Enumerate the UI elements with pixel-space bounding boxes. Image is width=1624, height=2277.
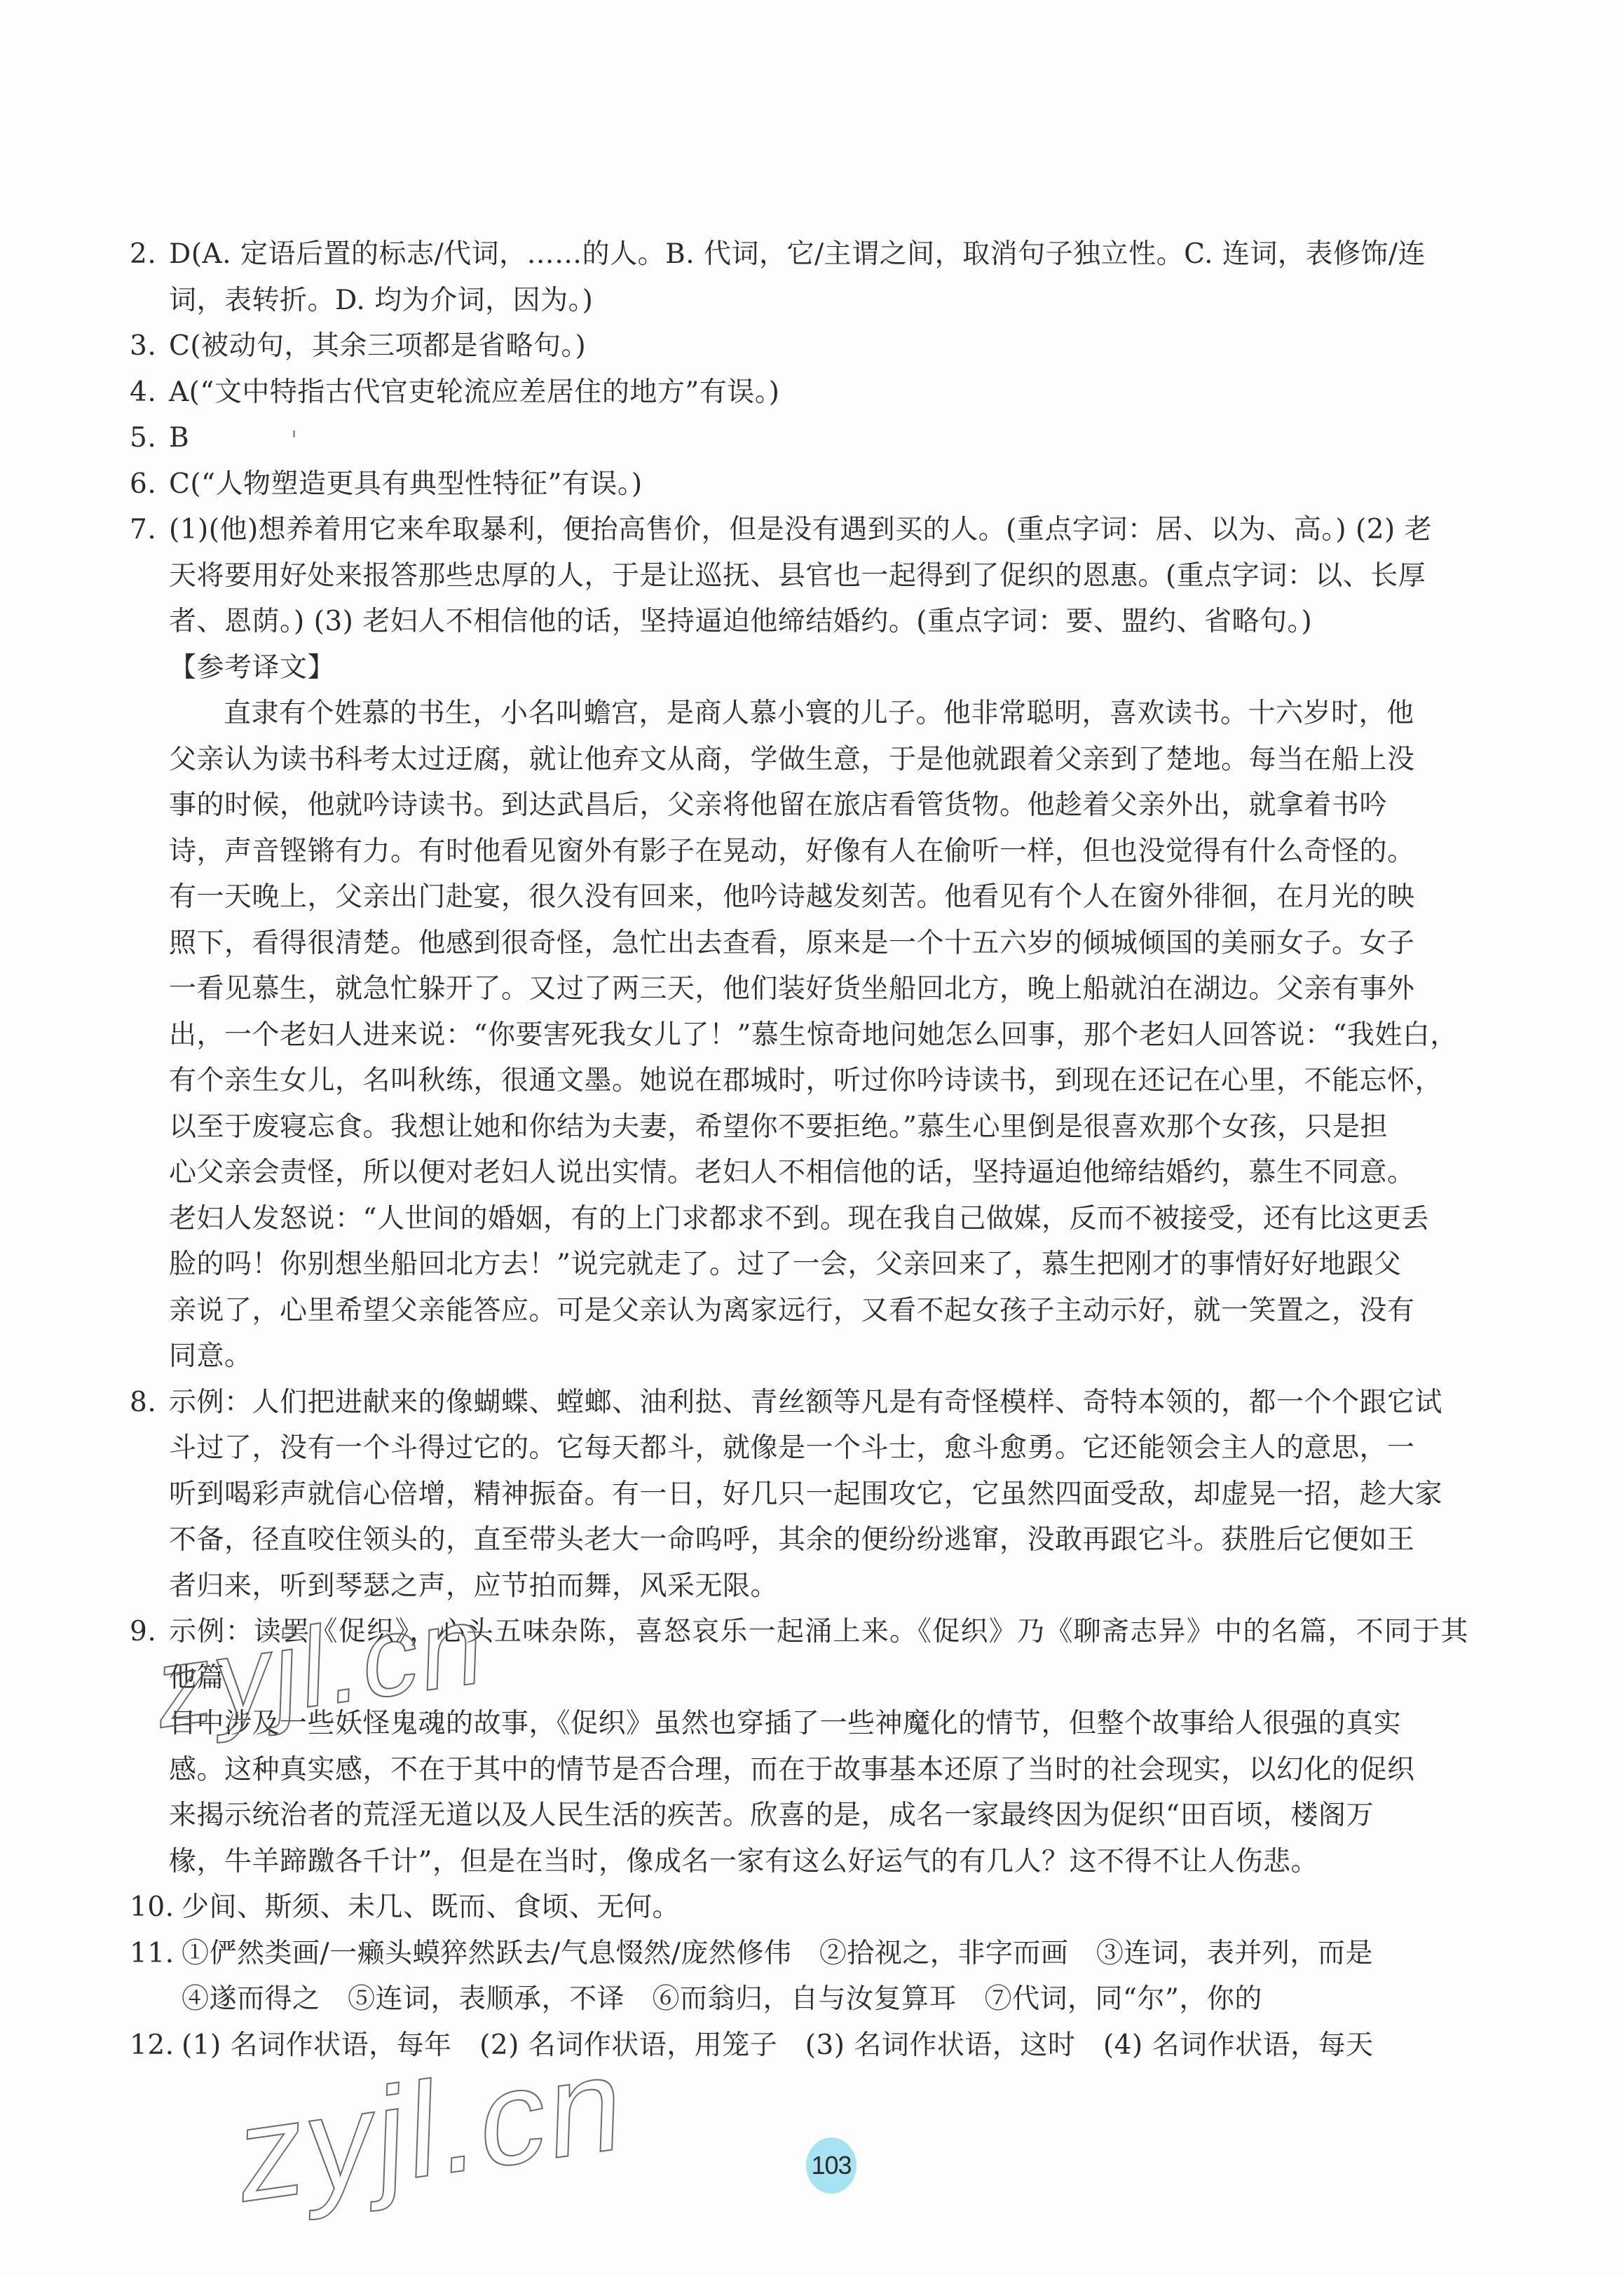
- answer-line: 目中涉及一些妖怪鬼魂的故事，《促织》虽然也穿插了一些神魔化的情节，但整个故事给人…: [169, 1701, 1468, 1747]
- answer-number: 12.: [130, 2023, 175, 2069]
- translation-line: 诗，声音铿锵有力。有时他看见窗外有影子在晃动，好像有人在偷听一样，但也没觉得有什…: [169, 829, 1468, 875]
- answer-number: 3.: [130, 323, 156, 369]
- translation-line: 脸的吗！你别想坐船回北方去！”说完就走了。过了一会，父亲回来了，慕生把刚才的事情…: [169, 1242, 1468, 1288]
- answer-line: (1) 名词作状语，每年 (2) 名词作状语，用笼子 (3) 名词作状语，这时 …: [182, 2023, 1468, 2069]
- answer-line: 不备，径直咬住领头的，直至带头老大一命呜呼，其余的便纷纷逃窜，没敢再跟它斗。获胜…: [169, 1517, 1468, 1563]
- answer-line: 示例：读罢《促织》，心头五味杂陈，喜怒哀乐一起涌上来。《促织》乃《聊斋志异》中的…: [169, 1609, 1468, 1701]
- answer-item-8: 8. 示例：人们把进献来的像蝴蝶、螳螂、油利挞、青丝额等凡是有奇怪模样、奇特本领…: [130, 1380, 1468, 1610]
- answer-line: ④遂而得之 ⑤连词，表顺承，不译 ⑥而翁归，自与汝复算耳 ⑦代词，同“尔”，你的: [182, 1976, 1468, 2023]
- answer-line: 少间、斯须、未几、既而、食顷、无何。: [182, 1884, 1468, 1931]
- answer-line: A(“文中特指古代官吏轮流应差居住的地方”有误。): [169, 369, 1468, 416]
- answer-item-2: 2. D(A. 定语后置的标志/代词，……的人。B. 代词，它/主谓之间，取消句…: [130, 231, 1468, 323]
- document-page: 2. D(A. 定语后置的标志/代词，……的人。B. 代词，它/主谓之间，取消句…: [0, 0, 1624, 2277]
- translation-line: 同意。: [169, 1333, 1468, 1380]
- answer-number: 10.: [130, 1884, 175, 1931]
- answer-line: D(A. 定语后置的标志/代词，……的人。B. 代词，它/主谓之间，取消句子独立…: [169, 231, 1468, 278]
- translation-line: 心父亲会责怪，所以便对老妇人说出实情。老妇人不相信他的话，坚持逼迫他缔结婚约，慕…: [169, 1150, 1468, 1196]
- answer-number: 4.: [130, 369, 156, 416]
- translation-line: 父亲认为读书科考太过迂腐，就让他弃文从商，学做生意，于是他就跟着父亲到了楚地。每…: [169, 737, 1468, 783]
- answer-line: ①俨然类画/一癞头蟆猝然跃去/气息惙然/庞然修伟 ②拾视之，非字而画 ③连词，表…: [182, 1931, 1468, 1977]
- answer-item-4: 4. A(“文中特指古代官吏轮流应差居住的地方”有误。): [130, 369, 1468, 416]
- answer-line: 斗过了，没有一个斗得过它的。它每天都斗，就像是一个斗士，愈斗愈勇。它还能领会主人…: [169, 1425, 1468, 1471]
- translation-line: 老妇人发怒说：“人世间的婚姻，有的上门求都求不到。现在我自己做媒，反而不被接受，…: [169, 1196, 1468, 1242]
- translation-paragraph: 直隶有个姓慕的书生，小名叫蟾宫，是商人慕小寰的儿子。他非常聪明，喜欢读书。十六岁…: [130, 691, 1468, 1380]
- answer-line: (1)(他)想养着用它来牟取暴利，便抬高售价，但是没有遇到买的人。(重点字词：居…: [169, 507, 1468, 553]
- answer-number: 9.: [130, 1609, 156, 1655]
- translation-line: 以至于废寝忘食。我想让她和你结为夫妻，希望你不要拒绝。”慕生心里倒是很喜欢那个女…: [169, 1104, 1468, 1150]
- answer-item-6: 6. C(“人物塑造更具有典型性特征”有误。): [130, 461, 1468, 508]
- translation-line: 照下，看得很清楚。他感到很奇怪，急忙出去查看，原来是一个十五六岁的倾城倾国的美丽…: [169, 920, 1468, 967]
- answer-line: 示例：人们把进献来的像蝴蝶、螳螂、油利挞、青丝额等凡是有奇怪模样、奇特本领的，都…: [169, 1380, 1468, 1426]
- translation-line: 亲说了，心里希望父亲能答应。可是父亲认为离家远行，又看不起女孩子主动示好，就一笑…: [169, 1288, 1468, 1334]
- answer-item-10: 10. 少间、斯须、未几、既而、食顷、无何。: [130, 1884, 1468, 1931]
- answer-number: 5.: [130, 415, 156, 461]
- answer-number: 6.: [130, 461, 156, 508]
- translation-line: 出，一个老妇人进来说：“你要害死我女儿了！”慕生惊奇地问她怎么回事，那个老妇人回…: [169, 1012, 1468, 1059]
- page-number-badge: 103: [806, 2137, 857, 2194]
- translation-heading: 【参考译文】: [130, 645, 1468, 691]
- answer-line: 者、恩荫。) (3) 老妇人不相信他的话，坚持逼迫他缔结婚约。(重点字词：要、盟…: [169, 599, 1468, 645]
- translation-line: 一看见慕生，就急忙躲开了。又过了两三天，他们装好货坐船回北方，晚上船就泊在湖边。…: [169, 966, 1468, 1012]
- answer-line: 词，表转折。D. 均为介词，因为。): [169, 278, 1468, 324]
- answer-item-9: 9. 示例：读罢《促织》，心头五味杂陈，喜怒哀乐一起涌上来。《促织》乃《聊斋志异…: [130, 1609, 1468, 1884]
- scan-speck: [293, 430, 295, 437]
- answer-item-11: 11. ①俨然类画/一癞头蟆猝然跃去/气息惙然/庞然修伟 ②拾视之，非字而画 ③…: [130, 1931, 1468, 2023]
- answer-number: 11.: [130, 1931, 175, 1977]
- answer-item-12: 12. (1) 名词作状语，每年 (2) 名词作状语，用笼子 (3) 名词作状语…: [130, 2023, 1468, 2069]
- answer-item-3: 3. C(被动句，其余三项都是省略句。): [130, 323, 1468, 369]
- answer-line: B: [169, 415, 1468, 461]
- answer-line: 椽，牛羊蹄躈各千计”，但是在当时，像成名一家有这么好运气的有几人？这不得不让人伤…: [169, 1839, 1468, 1885]
- answer-line: C(被动句，其余三项都是省略句。): [169, 323, 1468, 369]
- answer-content: 2. D(A. 定语后置的标志/代词，……的人。B. 代词，它/主谓之间，取消句…: [130, 231, 1468, 2068]
- answer-line: C(“人物塑造更具有典型性特征”有误。): [169, 461, 1468, 508]
- answer-line: 听到喝彩声就信心倍增，精神振奋。有一日，好几只一起围攻它，它虽然四面受敌，却虚晃…: [169, 1471, 1468, 1518]
- answer-line: 天将要用好处来报答那些忠厚的人，于是让巡抚、县官也一起得到了促织的恩惠。(重点字…: [169, 553, 1468, 599]
- translation-line: 有个亲生女儿，名叫秋练，很通文墨。她说在郡城时，听过你吟诗读书，到现在还记在心里…: [169, 1058, 1468, 1104]
- answer-line: 者归来，听到琴瑟之声，应节拍而舞，风采无限。: [169, 1563, 1468, 1610]
- answer-number: 2.: [130, 231, 156, 278]
- translation-line: 直隶有个姓慕的书生，小名叫蟾宫，是商人慕小寰的儿子。他非常聪明，喜欢读书。十六岁…: [169, 691, 1468, 737]
- answer-number: 7.: [130, 507, 156, 553]
- translation-line: 事的时候，他就吟诗读书。到达武昌后，父亲将他留在旅店看管货物。他趁着父亲外出，就…: [169, 782, 1468, 829]
- answer-number: 8.: [130, 1380, 156, 1426]
- answer-item-7: 7. (1)(他)想养着用它来牟取暴利，便抬高售价，但是没有遇到买的人。(重点字…: [130, 507, 1468, 645]
- answer-line: 感。这种真实感，不在于其中的情节是否合理，而在于故事基本还原了当时的社会现实，以…: [169, 1747, 1468, 1793]
- translation-line: 有一天晚上，父亲出门赴宴，很久没有回来，他吟诗越发刻苦。他看见有个人在窗外徘徊，…: [169, 874, 1468, 920]
- answer-item-5: 5. B: [130, 415, 1468, 461]
- answer-line: 来揭示统治者的荒淫无道以及人民生活的疾苦。欣喜的是，成名一家最终因为促织“田百顷…: [169, 1793, 1468, 1839]
